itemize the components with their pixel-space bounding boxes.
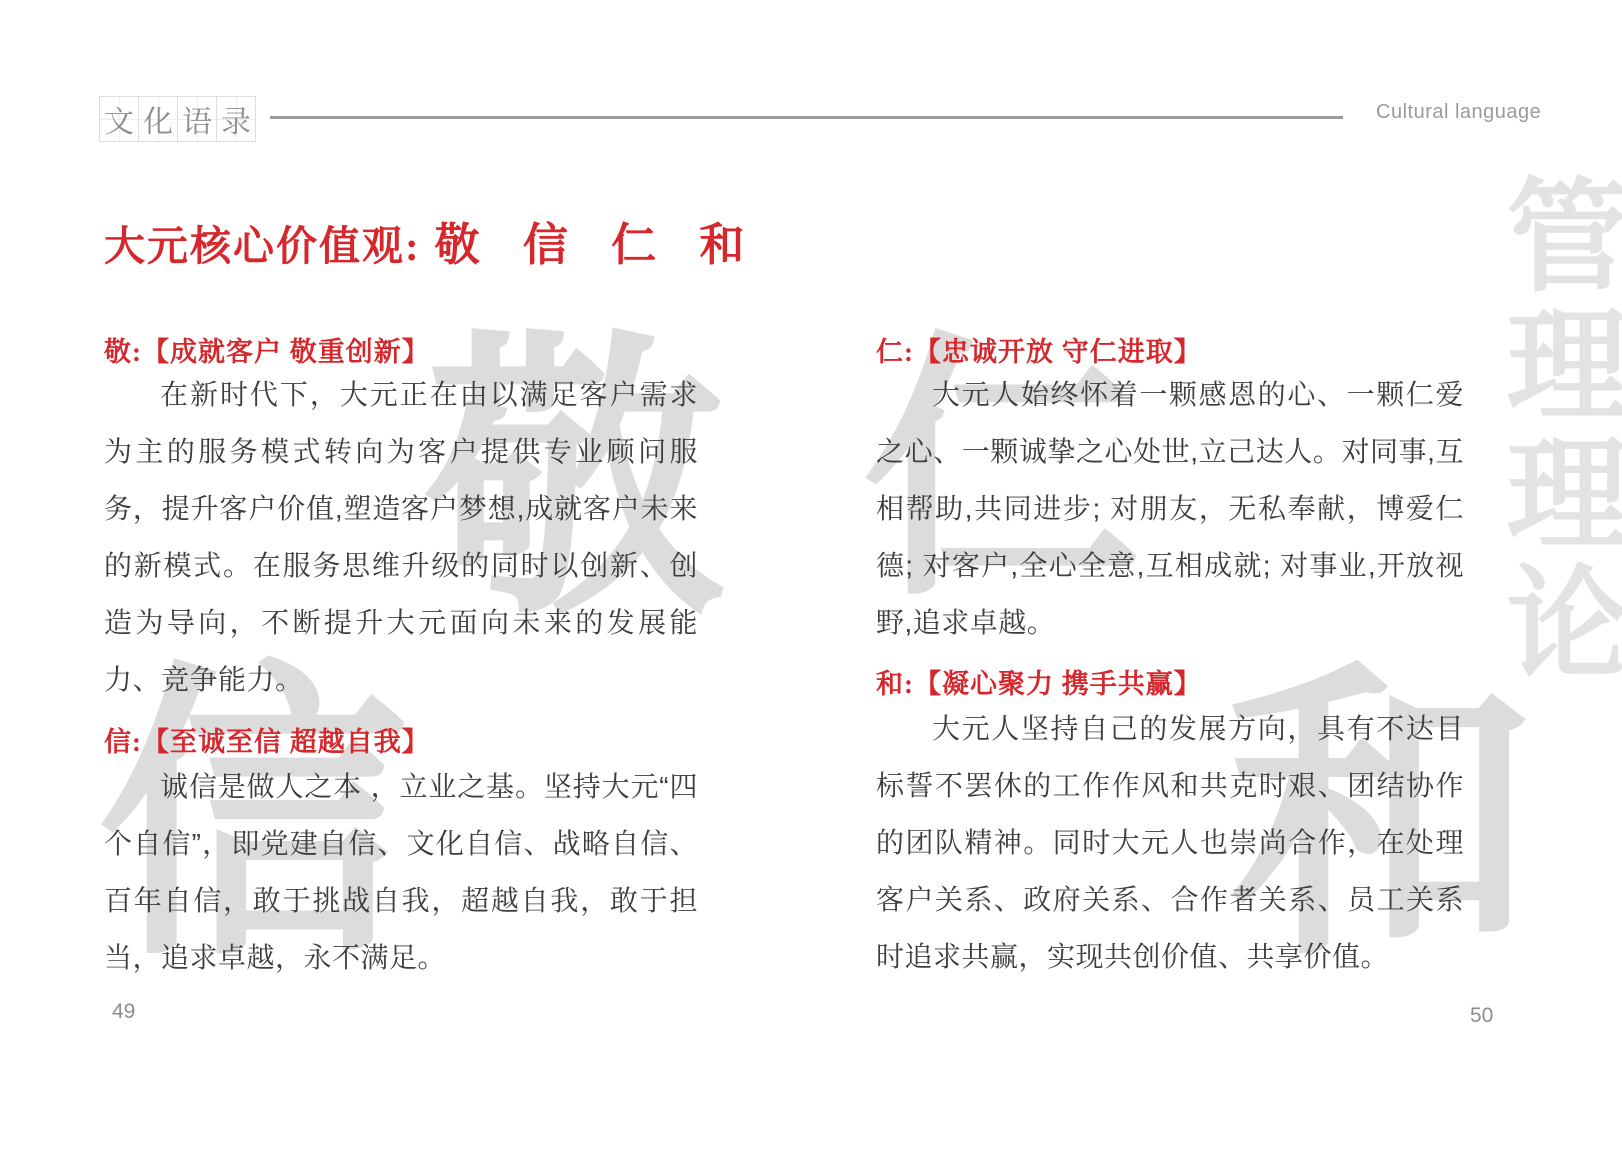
header-char: 录 (216, 96, 256, 142)
header-english-label: Cultural language (1376, 101, 1541, 124)
page-title-prefix: 大元核心价值观: (104, 223, 421, 269)
page-title: 大元核心价值观:敬 信 仁 和 (104, 208, 760, 273)
page-number-right: 50 (1470, 1004, 1493, 1028)
section-body-xin: 诚信是做人之本 ，立业之基。坚持大元“四个自信”，即党建自信、文化自信、战略自信… (104, 758, 698, 986)
page-title-values: 敬 信 仁 和 (435, 220, 761, 270)
header-char: 化 (138, 96, 178, 142)
booklet-spread: 敬 信 仁 和 管理理论 文 化 语 录 Cultural language 大… (0, 0, 1622, 1150)
section-heading-jing: 敬:【成就客户 敬重创新】 (104, 330, 430, 369)
section-body-he: 大元人坚持自己的发展方向，具有不达目标誓不罢休的工作作风和共克时艰、团结协作的团… (876, 700, 1464, 985)
section-body-ren: 大元人始终怀着一颗感恩的心、一颗仁爱之心、一颗诚挚之心处世,立己达人。对同事,互… (876, 366, 1464, 651)
header-rule (270, 116, 1343, 119)
section-body-jing: 在新时代下，大元正在由以满足客户需求为主的服务模式转向为客户提供专业顾问服务，提… (104, 366, 698, 708)
section-heading-xin: 信:【至诚至信 超越自我】 (104, 720, 430, 759)
watermark-side-vertical: 管理理论 (1494, 172, 1616, 688)
section-heading-he: 和:【凝心聚力 携手共赢】 (876, 662, 1202, 701)
section-heading-ren: 仁:【忠诚开放 守仁进取】 (876, 330, 1202, 369)
header-char: 文 (99, 96, 139, 142)
header-section-title: 文 化 语 录 (100, 96, 256, 142)
header-char: 语 (177, 96, 217, 142)
page-number-left: 49 (112, 1000, 135, 1024)
